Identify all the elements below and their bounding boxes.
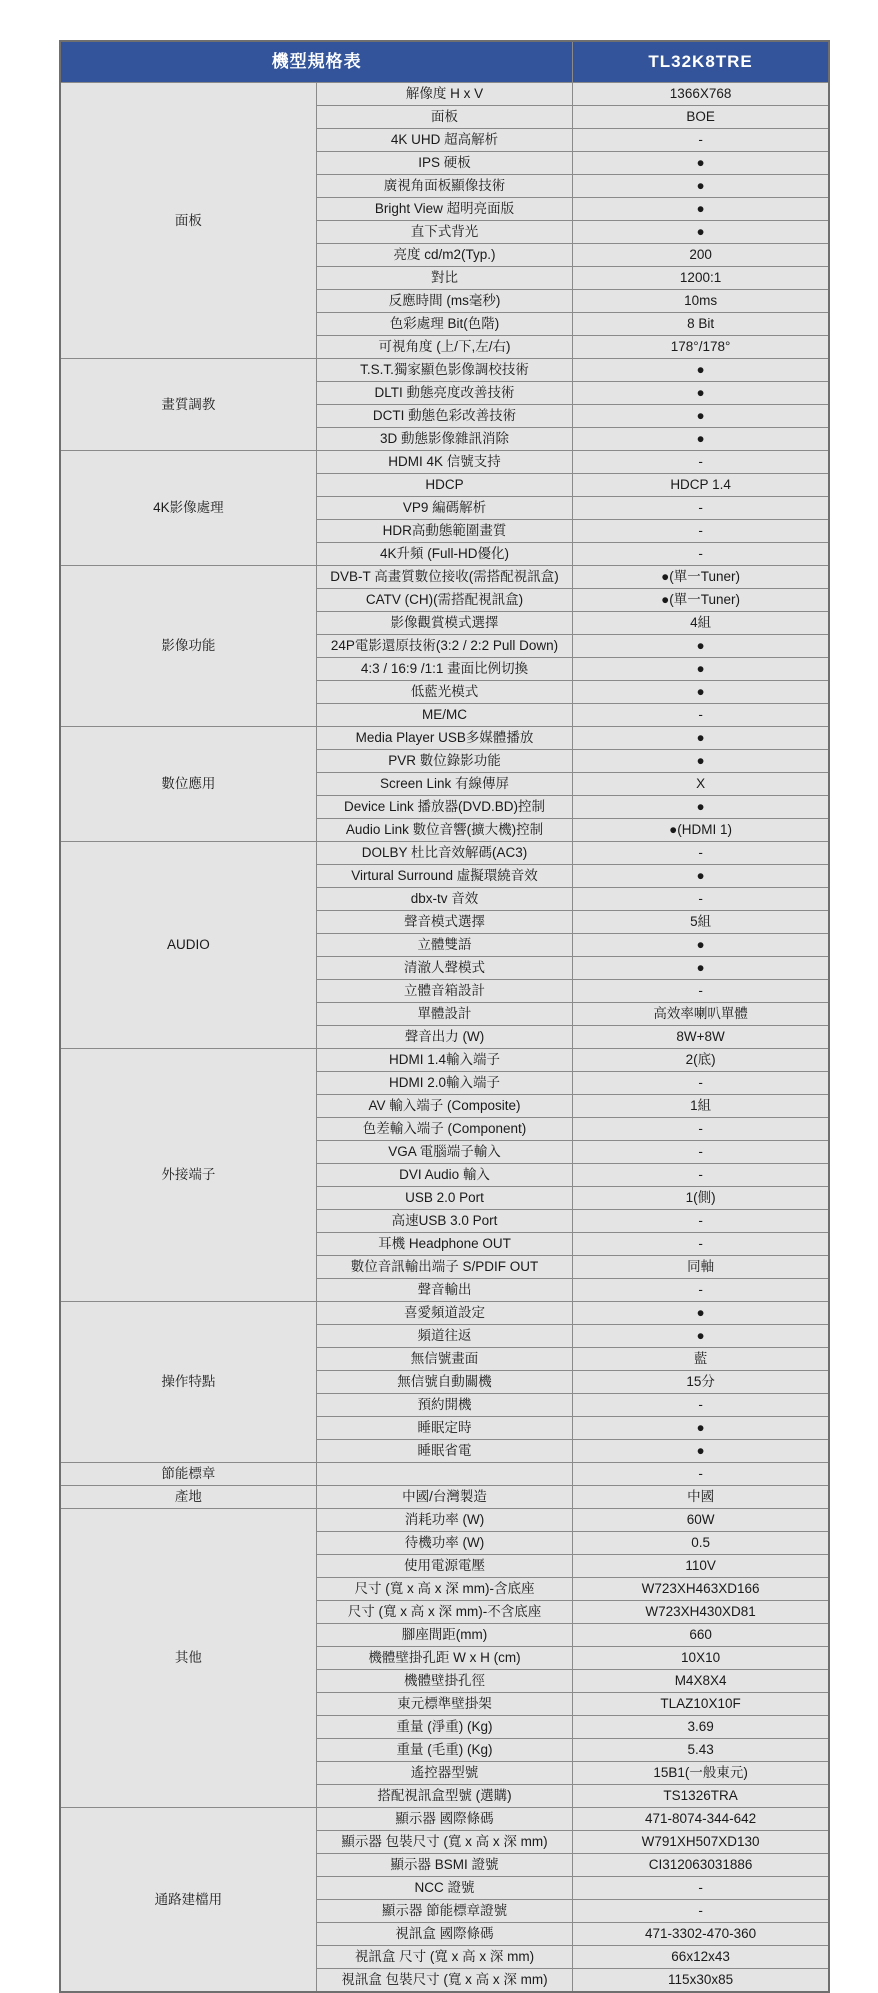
spec-value-cell: 1200:1 xyxy=(573,267,829,290)
spec-value-cell: - xyxy=(573,842,829,865)
spec-name-cell: HDMI 1.4輸入端子 xyxy=(316,1049,572,1072)
spec-name-cell xyxy=(316,1463,572,1486)
spec-name-cell: 亮度 cd/m2(Typ.) xyxy=(316,244,572,267)
category-cell: 面板 xyxy=(60,83,316,359)
spec-name-cell: Audio Link 數位音響(擴大機)控制 xyxy=(316,819,572,842)
spec-name-cell: IPS 硬板 xyxy=(316,152,572,175)
spec-value-cell: ● xyxy=(573,796,829,819)
spec-value-cell: ●(單一Tuner) xyxy=(573,589,829,612)
spec-row: 4K影像處理HDMI 4K 信號支持- xyxy=(60,451,829,474)
spec-value-cell: - xyxy=(573,1463,829,1486)
spec-value-cell: 同軸 xyxy=(573,1256,829,1279)
spec-table: 機型規格表 TL32K8TRE 面板解像度 H x V1366X768面板BOE… xyxy=(59,40,830,1993)
spec-value-cell: 471-8074-344-642 xyxy=(573,1808,829,1831)
spec-value-cell: HDCP 1.4 xyxy=(573,474,829,497)
spec-value-cell: 10X10 xyxy=(573,1647,829,1670)
spec-name-cell: 單體設計 xyxy=(316,1003,572,1026)
spec-name-cell: 3D 動態影像雜訊消除 xyxy=(316,428,572,451)
spec-value-cell: - xyxy=(573,1118,829,1141)
spec-name-cell: 重量 (淨重) (Kg) xyxy=(316,1716,572,1739)
spec-value-cell: - xyxy=(573,1164,829,1187)
spec-name-cell: 4K UHD 超高解析 xyxy=(316,129,572,152)
spec-name-cell: CATV (CH)(需搭配視訊盒) xyxy=(316,589,572,612)
spec-value-cell: ● xyxy=(573,175,829,198)
spec-name-cell: 耳機 Headphone OUT xyxy=(316,1233,572,1256)
spec-name-cell: Media Player USB多媒體播放 xyxy=(316,727,572,750)
spec-value-cell: - xyxy=(573,1877,829,1900)
spec-name-cell: 喜愛頻道設定 xyxy=(316,1302,572,1325)
spec-value-cell: 5.43 xyxy=(573,1739,829,1762)
spec-table-header: 機型規格表 TL32K8TRE xyxy=(60,41,829,83)
spec-name-cell: ME/MC xyxy=(316,704,572,727)
spec-value-cell: - xyxy=(573,1279,829,1302)
category-cell: 外接端子 xyxy=(60,1049,316,1302)
spec-name-cell: 聲音輸出 xyxy=(316,1279,572,1302)
spec-name-cell: 無信號畫面 xyxy=(316,1348,572,1371)
spec-name-cell: 立體音箱設計 xyxy=(316,980,572,1003)
header-row: 機型規格表 TL32K8TRE xyxy=(60,41,829,83)
spec-value-cell: 8 Bit xyxy=(573,313,829,336)
spec-value-cell: ● xyxy=(573,198,829,221)
spec-name-cell: 24P電影還原技術(3:2 / 2:2 Pull Down) xyxy=(316,635,572,658)
spec-row: 面板解像度 H x V1366X768 xyxy=(60,83,829,106)
spec-name-cell: 廣視角面板顯像技術 xyxy=(316,175,572,198)
spec-name-cell: 對比 xyxy=(316,267,572,290)
spec-value-cell: ● xyxy=(573,727,829,750)
spec-value-cell: ● xyxy=(573,681,829,704)
spec-value-cell: - xyxy=(573,1900,829,1923)
spec-value-cell: ●(單一Tuner) xyxy=(573,566,829,589)
spec-name-cell: 立體雙語 xyxy=(316,934,572,957)
spec-value-cell: 60W xyxy=(573,1509,829,1532)
spec-value-cell: 15分 xyxy=(573,1371,829,1394)
spec-value-cell: 0.5 xyxy=(573,1532,829,1555)
spec-name-cell: 頻道往返 xyxy=(316,1325,572,1348)
spec-name-cell: 可視角度 (上/下,左/右) xyxy=(316,336,572,359)
spec-name-cell: 睡眠省電 xyxy=(316,1440,572,1463)
category-cell: 節能標章 xyxy=(60,1463,316,1486)
spec-name-cell: 顯示器 國際條碼 xyxy=(316,1808,572,1831)
spec-value-cell: 660 xyxy=(573,1624,829,1647)
spec-name-cell: 面板 xyxy=(316,106,572,129)
spec-name-cell: 解像度 H x V xyxy=(316,83,572,106)
spec-name-cell: 4:3 / 16:9 /1:1 畫面比例切換 xyxy=(316,658,572,681)
spec-value-cell: ● xyxy=(573,865,829,888)
spec-name-cell: dbx-tv 音效 xyxy=(316,888,572,911)
spec-name-cell: 中國/台灣製造 xyxy=(316,1486,572,1509)
spec-name-cell: 直下式背光 xyxy=(316,221,572,244)
spec-value-cell: TLAZ10X10F xyxy=(573,1693,829,1716)
spec-value-cell: - xyxy=(573,1233,829,1256)
spec-name-cell: 清澈人聲模式 xyxy=(316,957,572,980)
spec-value-cell: - xyxy=(573,1072,829,1095)
spec-value-cell: - xyxy=(573,1394,829,1417)
spec-name-cell: VP9 編碼解析 xyxy=(316,497,572,520)
spec-row: 其他消耗功率 (W)60W xyxy=(60,1509,829,1532)
spec-value-cell: 中國 xyxy=(573,1486,829,1509)
spec-value-cell: - xyxy=(573,497,829,520)
spec-name-cell: PVR 數位錄影功能 xyxy=(316,750,572,773)
spec-name-cell: 消耗功率 (W) xyxy=(316,1509,572,1532)
spec-value-cell: - xyxy=(573,451,829,474)
spec-name-cell: Virtural Surround 虛擬環繞音效 xyxy=(316,865,572,888)
spec-value-cell: ● xyxy=(573,152,829,175)
spec-value-cell: - xyxy=(573,888,829,911)
spec-value-cell: M4X8X4 xyxy=(573,1670,829,1693)
spec-value-cell: 110V xyxy=(573,1555,829,1578)
spec-name-cell: HDCP xyxy=(316,474,572,497)
spec-name-cell: DLTI 動態亮度改善技術 xyxy=(316,382,572,405)
spec-value-cell: 3.69 xyxy=(573,1716,829,1739)
category-cell: 通路建檔用 xyxy=(60,1808,316,1993)
spec-name-cell: HDMI 2.0輸入端子 xyxy=(316,1072,572,1095)
spec-name-cell: 尺寸 (寬 x 高 x 深 mm)-不含底座 xyxy=(316,1601,572,1624)
spec-value-cell: 200 xyxy=(573,244,829,267)
spec-name-cell: AV 輸入端子 (Composite) xyxy=(316,1095,572,1118)
spec-value-cell: - xyxy=(573,980,829,1003)
spec-name-cell: 視訊盒 尺寸 (寬 x 高 x 深 mm) xyxy=(316,1946,572,1969)
spec-value-cell: ● xyxy=(573,957,829,980)
spec-value-cell: ● xyxy=(573,359,829,382)
spec-value-cell: ● xyxy=(573,750,829,773)
spec-value-cell: ● xyxy=(573,1440,829,1463)
spec-name-cell: DVI Audio 輸入 xyxy=(316,1164,572,1187)
spec-name-cell: 4K升頻 (Full-HD優化) xyxy=(316,543,572,566)
spec-name-cell: Bright View 超明亮面版 xyxy=(316,198,572,221)
spec-name-cell: 預約開機 xyxy=(316,1394,572,1417)
category-cell: 4K影像處理 xyxy=(60,451,316,566)
spec-name-cell: 色彩處理 Bit(色階) xyxy=(316,313,572,336)
spec-row: 產地中國/台灣製造中國 xyxy=(60,1486,829,1509)
spec-value-cell: CI312063031886 xyxy=(573,1854,829,1877)
spec-name-cell: 東元標準壁掛架 xyxy=(316,1693,572,1716)
spec-value-cell: - xyxy=(573,129,829,152)
spec-name-cell: 色差輸入端子 (Component) xyxy=(316,1118,572,1141)
category-cell: 產地 xyxy=(60,1486,316,1509)
spec-value-cell: ● xyxy=(573,1325,829,1348)
spec-name-cell: 睡眠定時 xyxy=(316,1417,572,1440)
spec-value-cell: ● xyxy=(573,635,829,658)
spec-value-cell: 115x30x85 xyxy=(573,1969,829,1993)
spec-value-cell: 5組 xyxy=(573,911,829,934)
category-cell: 操作特點 xyxy=(60,1302,316,1463)
spec-name-cell: 視訊盒 包裝尺寸 (寬 x 高 x 深 mm) xyxy=(316,1969,572,1993)
spec-value-cell: ● xyxy=(573,1417,829,1440)
spec-value-cell: ● xyxy=(573,382,829,405)
spec-value-cell: X xyxy=(573,773,829,796)
spec-name-cell: 重量 (毛重) (Kg) xyxy=(316,1739,572,1762)
spec-name-cell: T.S.T.獨家顯色影像調校技術 xyxy=(316,359,572,382)
model-number: TL32K8TRE xyxy=(573,41,829,83)
spec-value-cell: 8W+8W xyxy=(573,1026,829,1049)
spec-name-cell: 高速USB 3.0 Port xyxy=(316,1210,572,1233)
spec-name-cell: 顯示器 包裝尺寸 (寬 x 高 x 深 mm) xyxy=(316,1831,572,1854)
spec-name-cell: 低藍光模式 xyxy=(316,681,572,704)
spec-value-cell: BOE xyxy=(573,106,829,129)
spec-value-cell: ● xyxy=(573,934,829,957)
spec-name-cell: 搭配視訊盒型號 (選購) xyxy=(316,1785,572,1808)
spec-value-cell: 藍 xyxy=(573,1348,829,1371)
category-cell: 影像功能 xyxy=(60,566,316,727)
spec-value-cell: W723XH463XD166 xyxy=(573,1578,829,1601)
spec-value-cell: ●(HDMI 1) xyxy=(573,819,829,842)
spec-name-cell: Screen Link 有線傳屏 xyxy=(316,773,572,796)
spec-value-cell: ● xyxy=(573,1302,829,1325)
spec-value-cell: 高效率喇叭單體 xyxy=(573,1003,829,1026)
spec-value-cell: ● xyxy=(573,658,829,681)
spec-value-cell: - xyxy=(573,543,829,566)
spec-name-cell: DOLBY 杜比音效解碼(AC3) xyxy=(316,842,572,865)
spec-name-cell: 待機功率 (W) xyxy=(316,1532,572,1555)
spec-value-cell: - xyxy=(573,1210,829,1233)
spec-row: 數位應用Media Player USB多媒體播放● xyxy=(60,727,829,750)
spec-value-cell: W723XH430XD81 xyxy=(573,1601,829,1624)
spec-row: 外接端子HDMI 1.4輸入端子2(底) xyxy=(60,1049,829,1072)
spec-value-cell: - xyxy=(573,704,829,727)
spec-value-cell: ● xyxy=(573,428,829,451)
spec-name-cell: 影像觀賞模式選擇 xyxy=(316,612,572,635)
spec-name-cell: 顯示器 BSMI 證號 xyxy=(316,1854,572,1877)
spec-table-body: 面板解像度 H x V1366X768面板BOE4K UHD 超高解析-IPS … xyxy=(60,83,829,1993)
spec-name-cell: 聲音模式選擇 xyxy=(316,911,572,934)
spec-row: 操作特點喜愛頻道設定● xyxy=(60,1302,829,1325)
spec-value-cell: 1(側) xyxy=(573,1187,829,1210)
spec-name-cell: 反應時間 (ms毫秒) xyxy=(316,290,572,313)
category-cell: 畫質調教 xyxy=(60,359,316,451)
spec-name-cell: HDR高動態範圍畫質 xyxy=(316,520,572,543)
spec-name-cell: NCC 證號 xyxy=(316,1877,572,1900)
spec-name-cell: 顯示器 節能標章證號 xyxy=(316,1900,572,1923)
spec-row: 通路建檔用顯示器 國際條碼471-8074-344-642 xyxy=(60,1808,829,1831)
category-cell: 其他 xyxy=(60,1509,316,1808)
spec-row: 節能標章- xyxy=(60,1463,829,1486)
spec-name-cell: 聲音出力 (W) xyxy=(316,1026,572,1049)
spec-value-cell: 471-3302-470-360 xyxy=(573,1923,829,1946)
spec-value-cell: - xyxy=(573,1141,829,1164)
spec-name-cell: HDMI 4K 信號支持 xyxy=(316,451,572,474)
spec-row: AUDIODOLBY 杜比音效解碼(AC3)- xyxy=(60,842,829,865)
spec-name-cell: 機體壁掛孔距 W x H (cm) xyxy=(316,1647,572,1670)
spec-value-cell: 10ms xyxy=(573,290,829,313)
category-cell: 數位應用 xyxy=(60,727,316,842)
spec-value-cell: 15B1(一般東元) xyxy=(573,1762,829,1785)
spec-name-cell: DVB-T 高畫質數位接收(需搭配視訊盒) xyxy=(316,566,572,589)
spec-name-cell: 使用電源電壓 xyxy=(316,1555,572,1578)
spec-name-cell: VGA 電腦端子輸入 xyxy=(316,1141,572,1164)
spec-value-cell: ● xyxy=(573,405,829,428)
spec-name-cell: 機體壁掛孔徑 xyxy=(316,1670,572,1693)
spec-value-cell: 178°/178° xyxy=(573,336,829,359)
spec-value-cell: 4組 xyxy=(573,612,829,635)
category-cell: AUDIO xyxy=(60,842,316,1049)
spec-name-cell: 無信號自動關機 xyxy=(316,1371,572,1394)
spec-value-cell: TS1326TRA xyxy=(573,1785,829,1808)
spec-value-cell: - xyxy=(573,520,829,543)
spec-value-cell: W791XH507XD130 xyxy=(573,1831,829,1854)
spec-name-cell: Device Link 播放器(DVD.BD)控制 xyxy=(316,796,572,819)
spec-value-cell: 66x12x43 xyxy=(573,1946,829,1969)
spec-name-cell: USB 2.0 Port xyxy=(316,1187,572,1210)
spec-name-cell: 數位音訊輸出端子 S/PDIF OUT xyxy=(316,1256,572,1279)
spec-value-cell: 1366X768 xyxy=(573,83,829,106)
spec-value-cell: 1組 xyxy=(573,1095,829,1118)
spec-name-cell: 腳座間距(mm) xyxy=(316,1624,572,1647)
spec-name-cell: 尺寸 (寬 x 高 x 深 mm)-含底座 xyxy=(316,1578,572,1601)
spec-name-cell: 視訊盒 國際條碼 xyxy=(316,1923,572,1946)
spec-name-cell: DCTI 動態色彩改善技術 xyxy=(316,405,572,428)
spec-row: 影像功能DVB-T 高畫質數位接收(需搭配視訊盒)●(單一Tuner) xyxy=(60,566,829,589)
spec-row: 畫質調教T.S.T.獨家顯色影像調校技術● xyxy=(60,359,829,382)
spec-value-cell: ● xyxy=(573,221,829,244)
spec-name-cell: 遙控器型號 xyxy=(316,1762,572,1785)
table-title: 機型規格表 xyxy=(60,41,573,83)
spec-value-cell: 2(底) xyxy=(573,1049,829,1072)
